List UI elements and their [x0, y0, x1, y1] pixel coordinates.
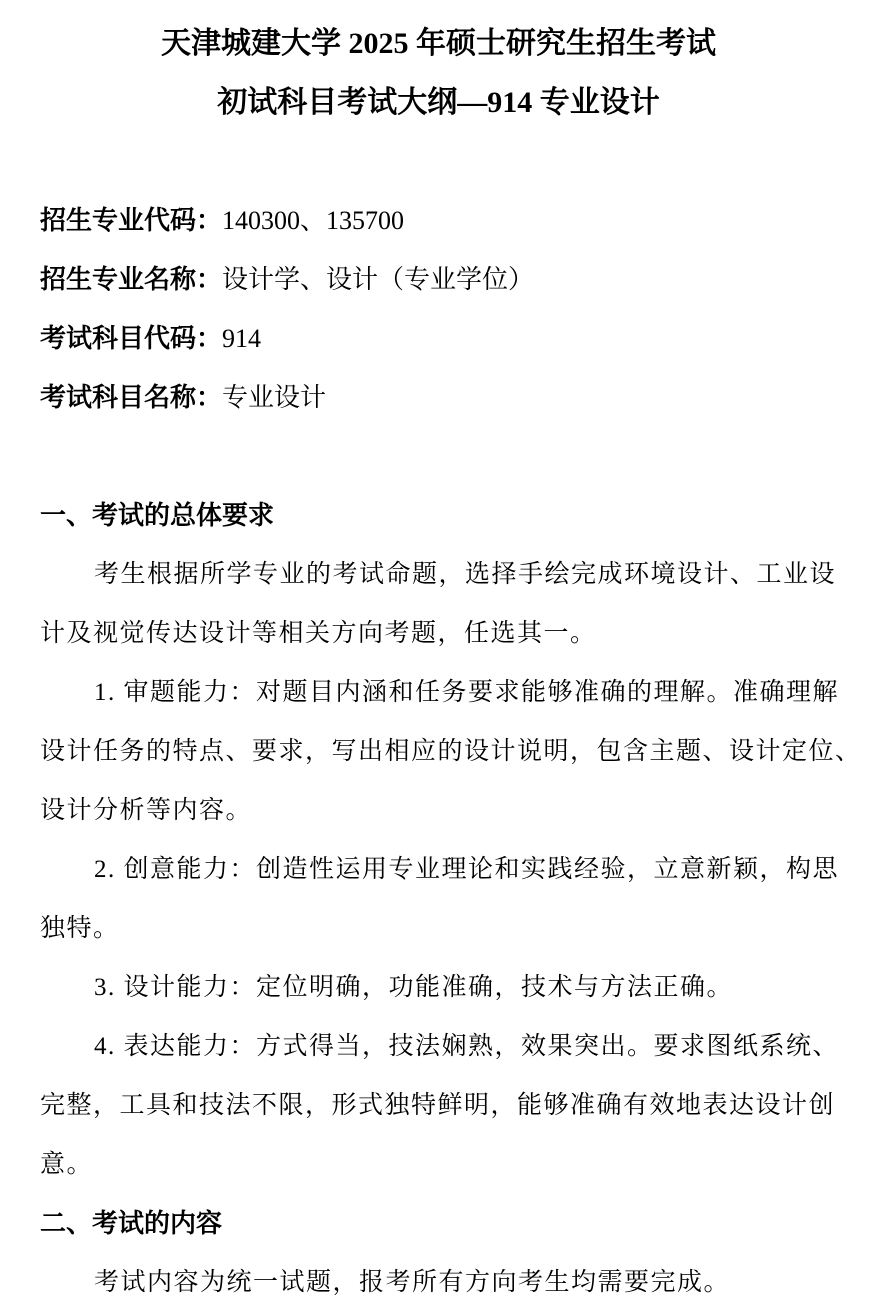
field-label: 考试科目名称： [40, 382, 222, 412]
field-label: 招生专业名称： [40, 264, 222, 294]
document-title-line2: 初试科目考试大纲—914 专业设计 [40, 73, 837, 132]
field-row-exam-subject-name: 考试科目名称：专业设计 [40, 368, 837, 427]
body-line: 计及视觉传达设计等相关方向考题，任选其一。 [40, 604, 837, 663]
body-line: 意。 [40, 1135, 837, 1194]
body-line: 4. 表达能力：方式得当，技法娴熟，效果突出。要求图纸系统、 [40, 1017, 837, 1076]
field-row-exam-subject-code: 考试科目代码：914 [40, 309, 837, 368]
field-value: 140300、135700 [222, 206, 404, 235]
body-line: 考试内容为统一试题，报考所有方向考生均需要完成。 [40, 1253, 837, 1312]
body-line: 考生根据所学专业的考试命题，选择手绘完成环境设计、工业设 [40, 545, 837, 604]
document-page: 天津城建大学 2025 年硕士研究生招生考试 初试科目考试大纲—914 专业设计… [0, 0, 874, 1316]
field-label: 考试科目代码： [40, 323, 222, 353]
field-row-admission-major-name: 招生专业名称：设计学、设计（专业学位） [40, 250, 837, 309]
section-heading-exam-content: 二、考试的内容 [40, 1194, 837, 1253]
body-line: 3. 设计能力：定位明确，功能准确，技术与方法正确。 [40, 958, 837, 1017]
field-value: 专业设计 [222, 383, 326, 412]
body-line: 独特。 [40, 899, 837, 958]
body-line: 1. 审题能力：对题目内涵和任务要求能够准确的理解。准确理解 [40, 663, 837, 722]
field-value: 914 [222, 324, 261, 353]
body-line: 设计分析等内容。 [40, 781, 837, 840]
blank-line [40, 427, 837, 486]
body-line: 设计任务的特点、要求，写出相应的设计说明，包含主题、设计定位、 [40, 722, 837, 781]
body-line: 完整，工具和技法不限，形式独特鲜明，能够准确有效地表达设计创 [40, 1076, 837, 1135]
body-line: 2. 创意能力：创造性运用专业理论和实践经验，立意新颖，构思 [40, 840, 837, 899]
section-heading-overall-requirements: 一、考试的总体要求 [40, 486, 837, 545]
document-title-line1: 天津城建大学 2025 年硕士研究生招生考试 [40, 14, 837, 73]
field-value: 设计学、设计（专业学位） [222, 265, 534, 294]
field-label: 招生专业代码： [40, 205, 222, 235]
field-row-admission-major-code: 招生专业代码：140300、135700 [40, 191, 837, 250]
blank-line [40, 132, 837, 191]
